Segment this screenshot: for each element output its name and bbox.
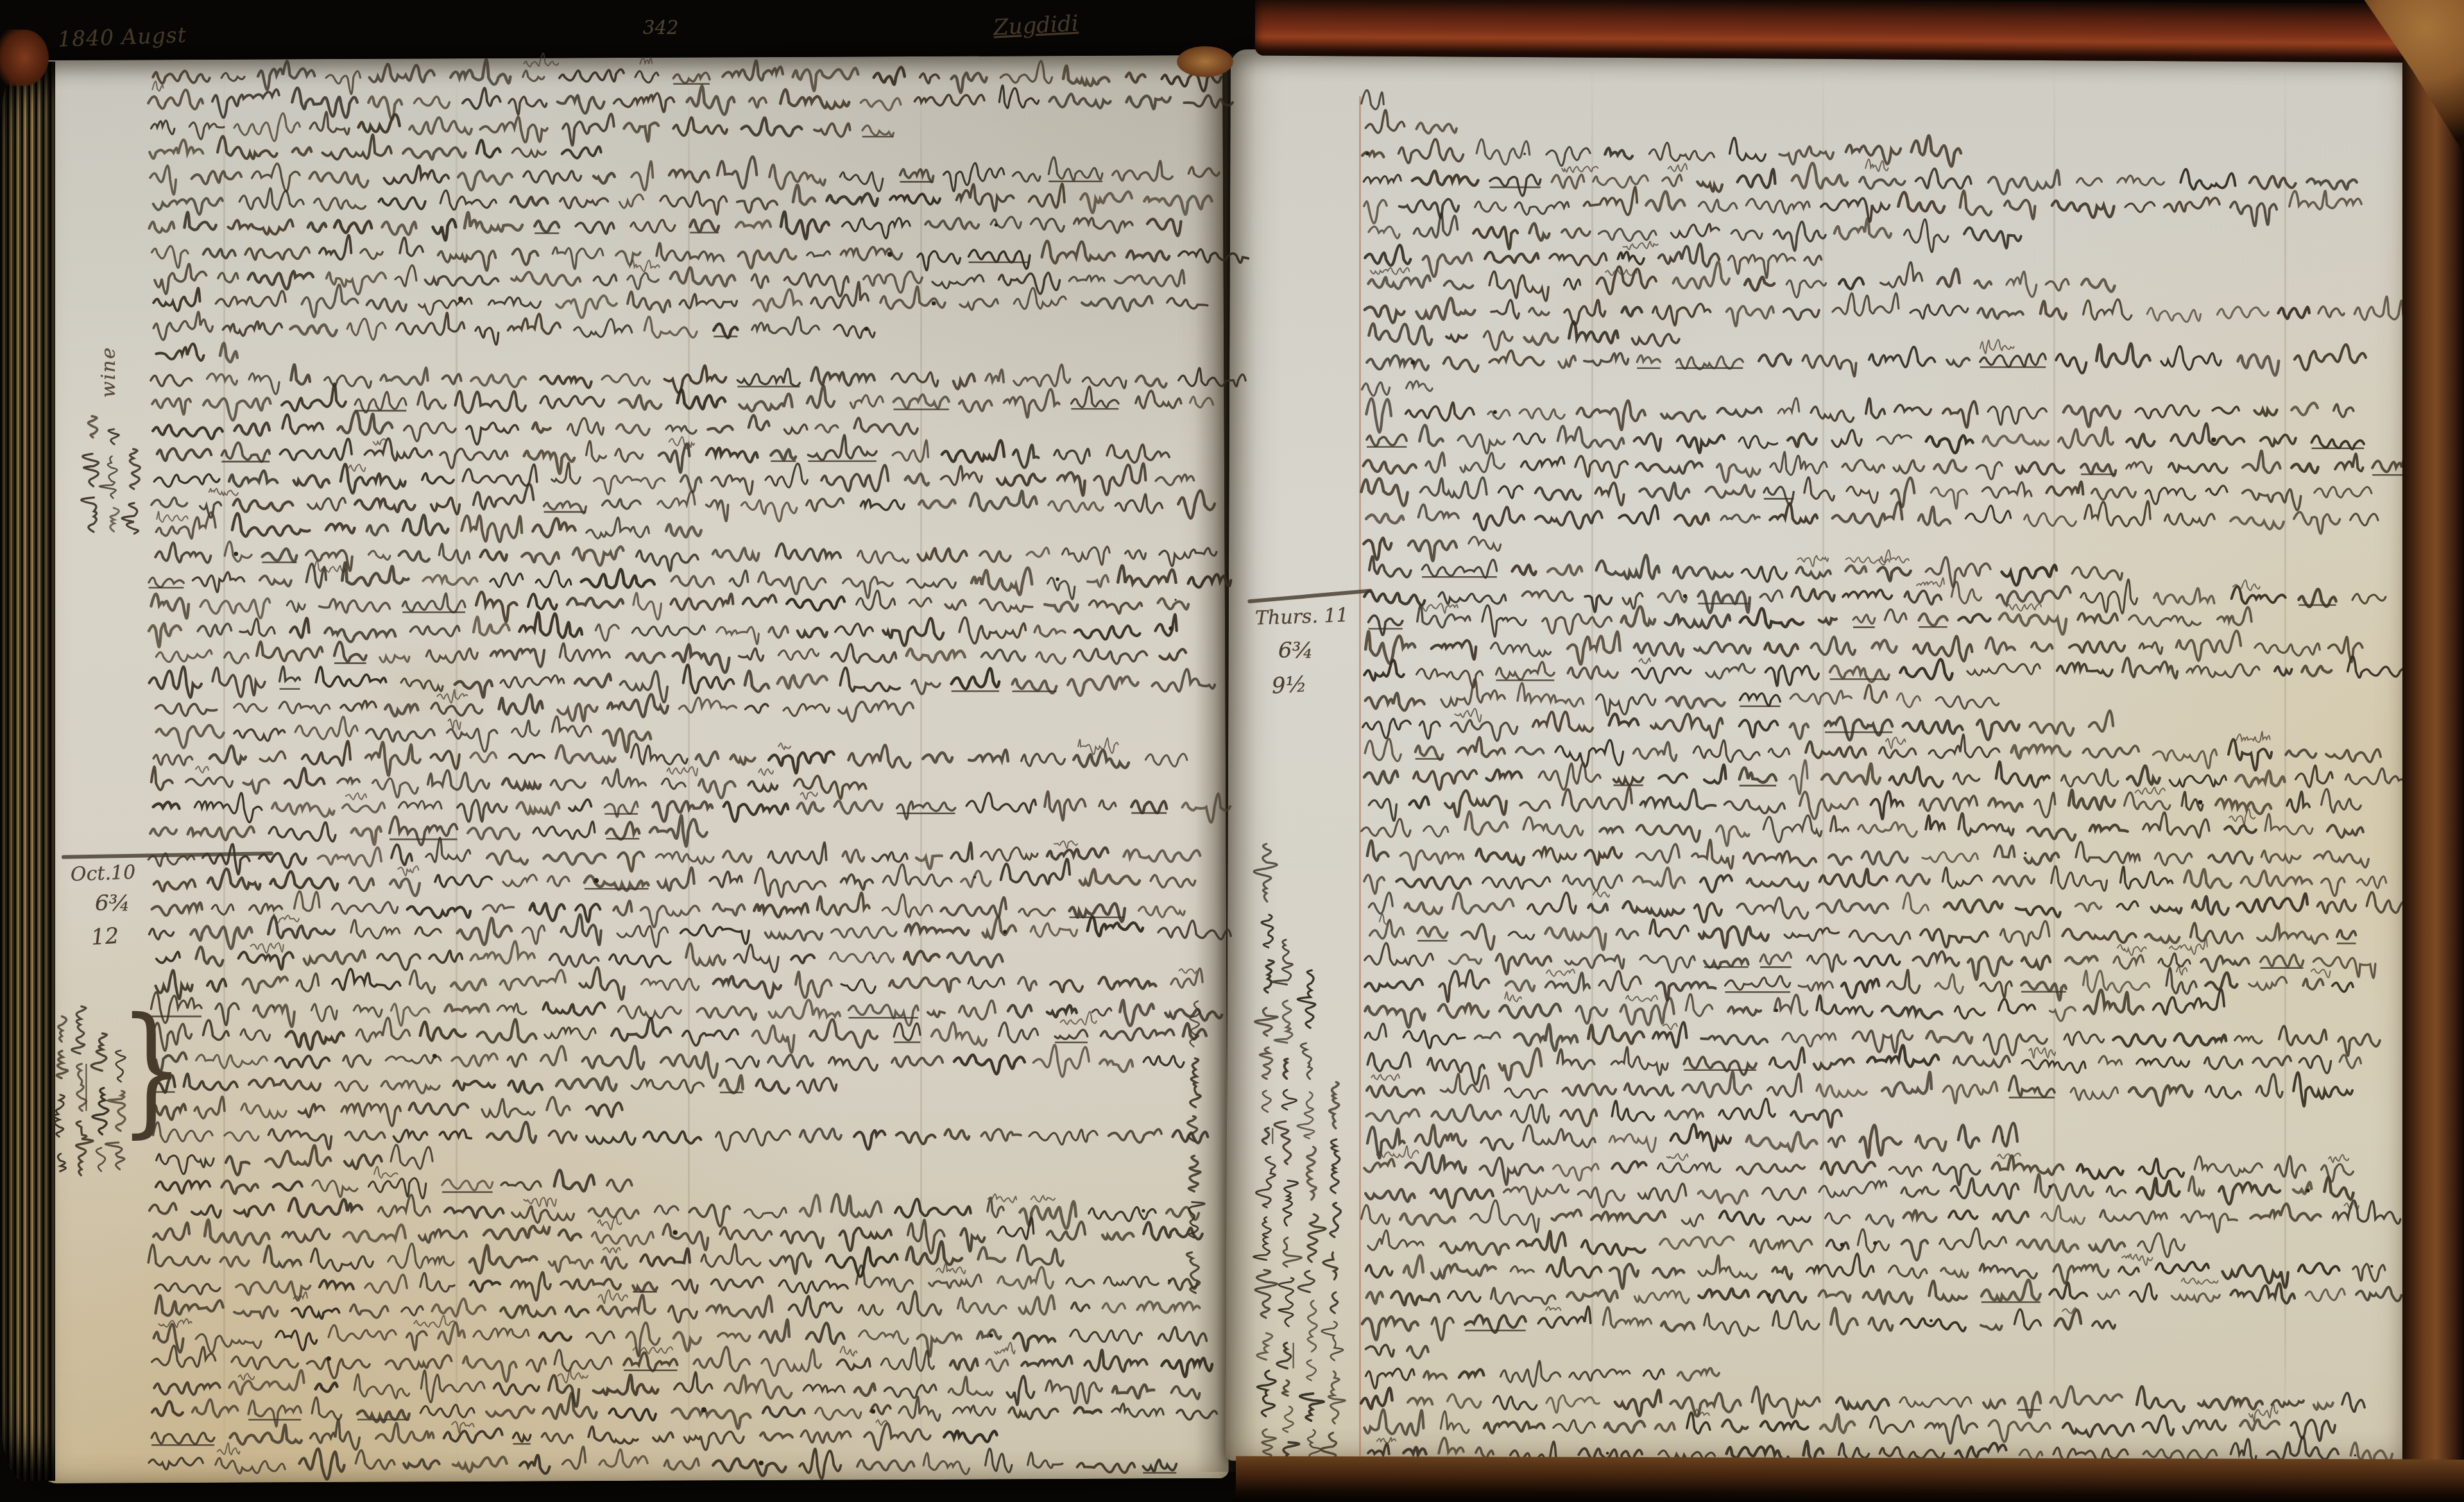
entry-time: 6¾: [95, 891, 130, 916]
right-page: [1226, 49, 2414, 1465]
margin-rule: [1359, 96, 1361, 1458]
entry-date: Thurs. 11: [1254, 604, 1349, 629]
margin-brace: }: [119, 998, 184, 1139]
gutter-shadow: [1195, 54, 1256, 1472]
page-crease: [223, 64, 225, 1469]
vertical-margin-note: wine: [98, 346, 120, 398]
page-fore-edge-stack: [0, 62, 55, 1481]
page-crease: [920, 64, 922, 1476]
entry-time: 6¾: [1278, 638, 1313, 663]
leather-corner: [0, 30, 49, 86]
entry-time: 12: [90, 923, 120, 951]
place-annotation: Zugdidi: [993, 11, 1079, 41]
page-crease: [2053, 61, 2055, 1450]
leather-cover-edge: [2402, 17, 2464, 1502]
left-page: [34, 55, 1229, 1483]
left-page-number: 342: [643, 17, 678, 38]
leather-headband: [1177, 46, 1233, 77]
entry-time: 9½: [1271, 672, 1308, 699]
page-crease: [1822, 61, 1824, 1453]
page-crease: [688, 64, 690, 1474]
leather-bottom-edge: [1236, 1456, 2464, 1502]
left-header-date: 1840 Augst: [57, 22, 187, 52]
page-crease: [1591, 61, 1593, 1453]
entry-date: Oct.10: [70, 861, 135, 886]
page-crease: [2284, 61, 2286, 1447]
page-crease: [456, 64, 458, 1472]
leather-spine-band: [1255, 0, 2420, 63]
manuscript-scan: 1840 Augst 342 Zugdidi 1840 Augt 343 Oct…: [0, 0, 2464, 1502]
